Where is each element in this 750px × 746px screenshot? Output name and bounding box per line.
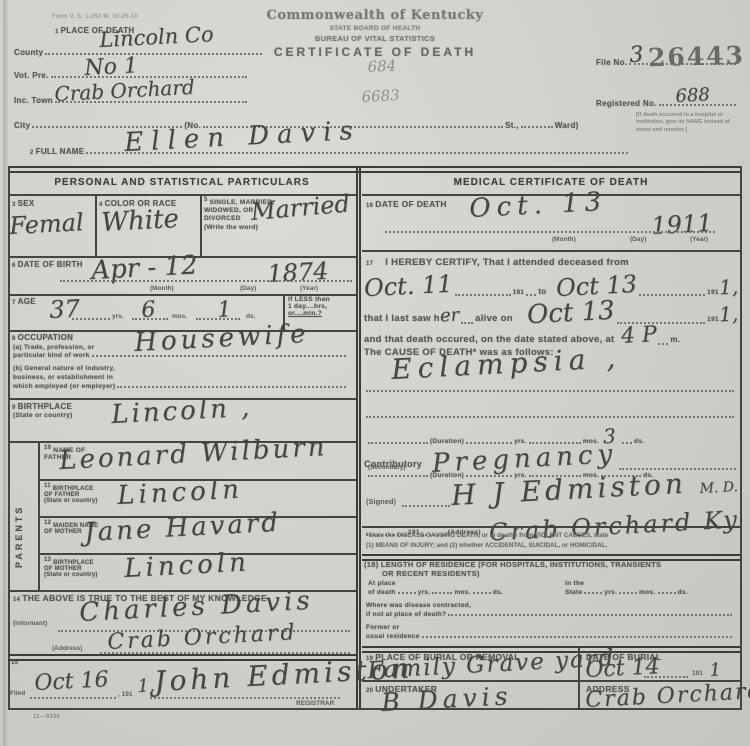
cause-dotted-line-2	[366, 416, 734, 418]
file-no-handwritten-prefix: 3	[629, 44, 644, 67]
form-code-bottom: 11—6336	[33, 714, 60, 720]
county-row: County	[14, 48, 264, 57]
registered-no-label: Registered No.	[596, 99, 657, 108]
undertaker-value: B Davis	[381, 683, 513, 715]
voting-precinct-label: Vot. Pre.	[14, 71, 49, 80]
informant-address-caption: (Address)	[52, 645, 82, 652]
informant-address-value: Crab Orchard	[107, 622, 298, 654]
age-dots-3	[196, 318, 240, 320]
sex-label: 3 SEX	[12, 199, 35, 208]
city-st-label: St.,	[505, 121, 519, 130]
former-residence-row: usual residence	[366, 633, 734, 640]
in-state-row: State yrs. mos. ds.	[565, 589, 737, 596]
state-board-label: STATE BOARD OF HEALTH	[230, 25, 520, 32]
birthplace-label: 9 BIRTHPLACE	[12, 402, 72, 411]
dod-label: 16 DATE OF DEATH	[366, 199, 447, 209]
father-birthplace-value: Lincoln	[117, 476, 244, 509]
full-name-number: 2	[30, 150, 34, 156]
top-divider	[8, 166, 742, 173]
filed-dotted-line-2	[150, 697, 340, 699]
dod-year-value: 1911	[651, 211, 713, 238]
personal-section-title: PERSONAL AND STATISTICAL PARTICULARS	[8, 177, 356, 188]
footnote-line-2: (1) MEANS OF INJURY; and (2) whether ACC…	[366, 541, 607, 550]
age-yrs-caption: yrs.	[112, 313, 124, 320]
dod-day-caption: (Day)	[630, 236, 646, 243]
dod-year-caption: (Year)	[690, 236, 708, 243]
last-year-print: 191	[707, 316, 719, 323]
informant-caption: (Informant)	[13, 620, 47, 627]
residence-label-2: OR RECENT RESIDENTS)	[382, 569, 480, 578]
death-certificate-scan: Form V. S. 1-250 M. 10-25-10 Commonwealt…	[0, 0, 750, 746]
in-state-label-1: In the	[565, 580, 584, 587]
her-hw: er	[439, 307, 459, 326]
occupation-label: 8 OCCUPATION	[12, 333, 73, 342]
age-ds-caption: ds.	[246, 313, 255, 320]
hospital-note: [If death occurred in a hospital or inst…	[636, 112, 738, 134]
inc-town-label: Inc. Town	[14, 96, 53, 105]
physician-md-suffix: M. D.	[699, 480, 738, 496]
medical-section-title: MEDICAL CERTIFICATE OF DEATH	[362, 177, 740, 188]
dob-label: 6 DATE OF BIRTH	[12, 260, 83, 269]
signed-dotted-line	[402, 505, 450, 507]
birthplace-sub-label: (State or country)	[13, 412, 73, 419]
city-label: City	[14, 121, 30, 130]
occupation-value: Housewife	[134, 321, 311, 356]
left-border	[8, 166, 10, 710]
commonwealth-title: Commonwealth of Kentucky	[230, 8, 520, 23]
dob-dotted-line	[60, 280, 352, 282]
marital-value: Married	[250, 191, 351, 224]
dob-day-caption: (Day)	[240, 285, 256, 292]
parents-strip-divider	[38, 441, 40, 590]
signed-caption: (Signed)	[366, 497, 396, 506]
filed-label: Filed	[10, 690, 25, 697]
at-place-row: of death yrs. mos. ds.	[368, 589, 558, 596]
file-no-label: File No.	[596, 58, 627, 67]
right-border	[740, 166, 742, 710]
death-time-value: 4 P	[620, 324, 657, 348]
footnote-line-1: *State the DISEASE CAUSING DEATH, or in …	[366, 531, 608, 540]
occupation-line-b: (b) General nature of industry,	[13, 365, 115, 372]
sex-value: Femal	[9, 210, 84, 238]
attended-from-value: Oct. 11	[363, 272, 453, 301]
cause-dotted-line-1	[366, 390, 734, 392]
last-saw-value: Oct 13	[526, 298, 615, 329]
full-name-row: 2 FULL NAME	[30, 147, 630, 156]
mother-birthplace-label: 13BIRTHPLACE OF MOTHER (State or country…	[44, 557, 98, 578]
last-year-hw: 1,	[718, 304, 738, 325]
at-place-label-1: At place	[368, 580, 396, 587]
race-marital-divider	[200, 196, 202, 256]
city-ward-label: Ward)	[555, 121, 579, 130]
place-of-death-value: Lincoln Co	[99, 24, 214, 51]
parents-side-label: PARENTS	[14, 468, 24, 568]
full-name-label: FULL NAME	[36, 147, 85, 156]
age-dots-1	[72, 318, 110, 320]
filed-dotted-line-1	[30, 697, 116, 699]
filed-year-value: 1,	[137, 677, 155, 696]
burial-date-dotted	[644, 676, 688, 678]
age-less-box: If LESS than 1 day....hrs, or....min.?	[288, 296, 330, 317]
pencil-number-2: 6683	[361, 88, 400, 105]
filed-date-value: Oct 16	[34, 669, 109, 695]
county-label: County	[14, 48, 43, 57]
age-label: 7 AGE	[12, 297, 36, 306]
dob-year-caption: (Year)	[300, 285, 318, 292]
line-dod-bottom	[362, 250, 740, 252]
to-word: to	[538, 287, 546, 296]
dob-month-caption: (Month)	[150, 285, 174, 292]
center-divider	[356, 166, 361, 710]
file-no-stamp: 26443	[648, 41, 746, 73]
occupation-line-b3-row: which employed (or employer)	[13, 383, 348, 390]
dod-dotted-line	[385, 231, 715, 233]
burial-date-year-hw: 1	[709, 661, 721, 680]
informant-address-dotted-line	[100, 652, 350, 654]
marital-sub-label: (Write the word)	[204, 224, 282, 231]
filed-year-caption: , 191	[118, 691, 132, 698]
where-contracted-row: if not at place of death?	[366, 611, 734, 618]
dod-month-caption: (Month)	[552, 236, 576, 243]
filed-number: 15	[11, 660, 18, 666]
occupation-line-a: (a) Trade, profession, or	[13, 344, 95, 351]
where-contracted-label-1: Where was disease contracted,	[366, 602, 471, 609]
father-name-value: Leonard Wilburn	[59, 434, 328, 474]
secondary-caption: (Secondary)	[368, 464, 406, 471]
voting-precinct-value: No 1	[84, 55, 139, 80]
registered-no-value: 688	[675, 86, 710, 106]
place-of-death-number: 1	[55, 29, 59, 35]
burial-date-value: Oct 14	[585, 656, 660, 682]
to-year-hw: 1,	[718, 277, 738, 298]
to-year-print: 191	[707, 289, 719, 296]
sex-race-divider	[95, 196, 97, 256]
father-birthplace-label: 11BIRTHPLACE OF FATHER (State or country…	[44, 483, 98, 504]
occupation-line-b2: business, or establishment in	[13, 374, 113, 381]
certify-line-1: 17 I HEREBY CERTIFY, That I attended dec…	[366, 257, 629, 268]
bureau-label: BUREAU OF VITAL STATISTICS	[230, 34, 520, 43]
residence-label-1: (18) LENGTH OF RESIDENCE (FOR HOSPITALS,…	[364, 560, 661, 569]
age-mos-caption: mos.	[172, 313, 187, 320]
pencil-number-1: 684	[367, 59, 396, 75]
former-residence-label-1: Former or	[366, 624, 399, 631]
mother-birthplace-value: Lincoln	[124, 549, 251, 582]
age-dots-2	[132, 318, 168, 320]
form-code-top: Form V. S. 1-250 M. 10-25-10	[52, 14, 138, 20]
registered-no-row: Registered No.	[596, 99, 738, 108]
from-year-print: 191	[513, 289, 525, 296]
burial-date-year-print: 191	[692, 670, 703, 677]
birthplace-value: Lincoln ,	[111, 395, 253, 428]
meridiem-label: m.	[670, 335, 680, 344]
last-saw-row: that I last saw h er alive on Oct 13 191…	[364, 300, 738, 326]
registrar-label: REGISTRAR	[296, 700, 334, 707]
certify-from-to-row: Oct. 11 191 to Oct 13 191 1,	[364, 274, 738, 298]
race-value: White	[101, 206, 180, 236]
dod-value: Oct. 13	[469, 189, 608, 222]
